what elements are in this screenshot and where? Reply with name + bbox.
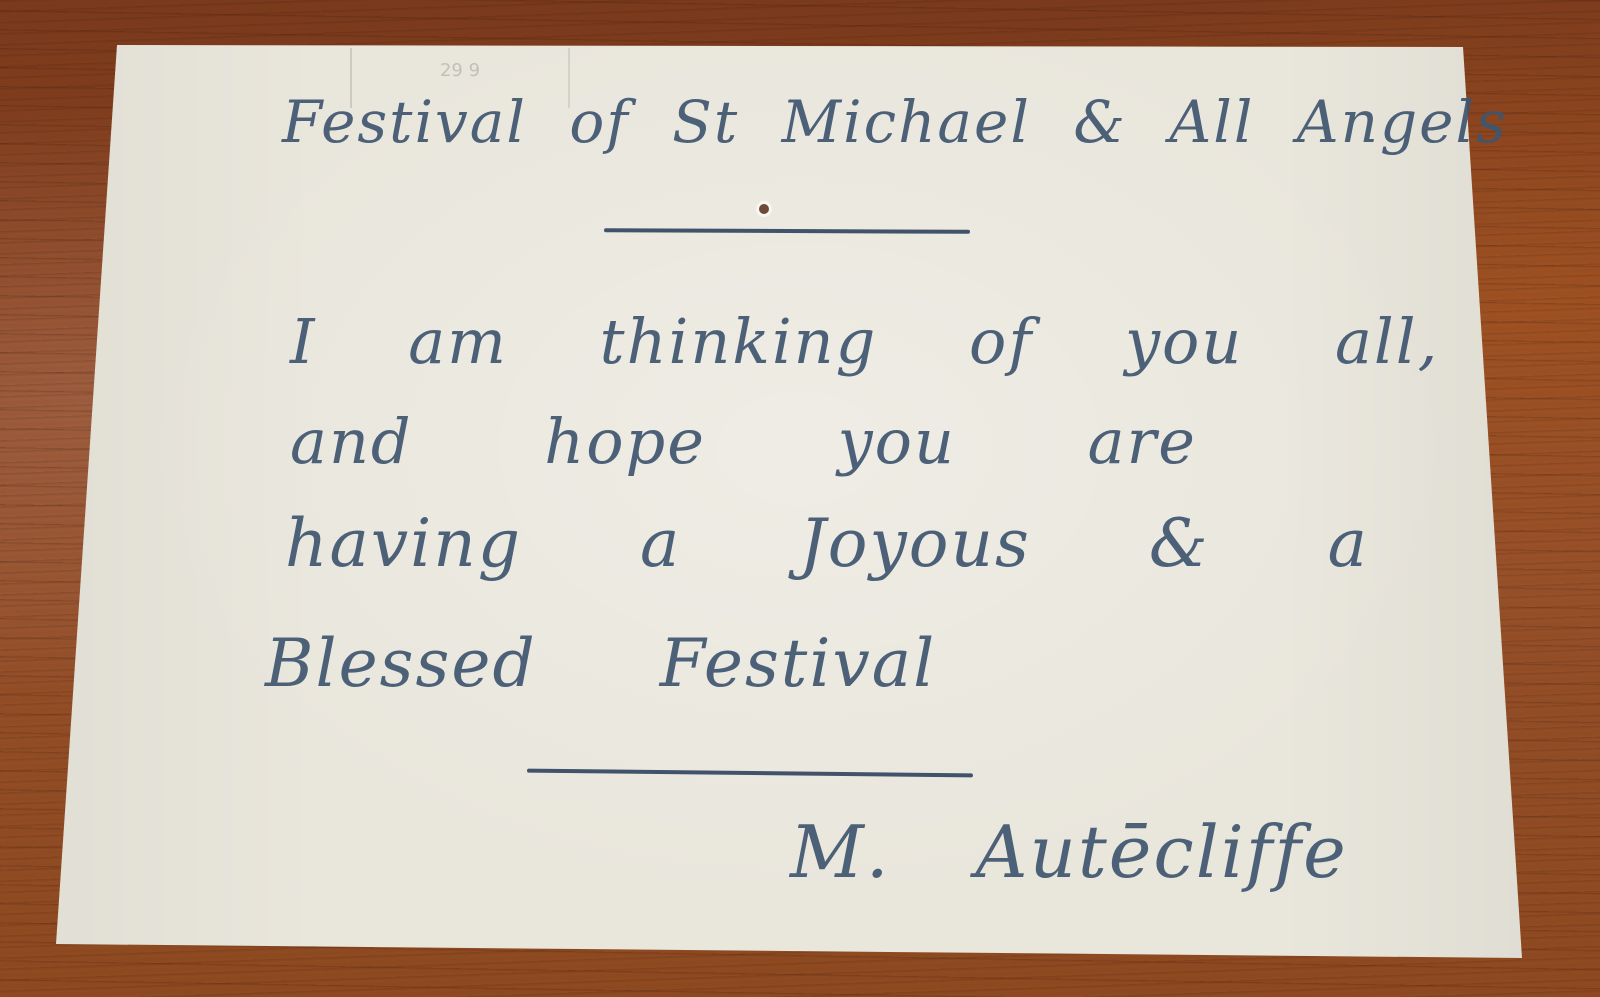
signature: M. Autēcliffe	[790, 810, 1348, 894]
body-line-4: Blessed Festival	[265, 625, 936, 702]
pin-hole	[759, 204, 769, 214]
body-line-1: I am thinking of you all,	[290, 305, 1439, 378]
body-line-3: having a Joyous & a	[285, 505, 1369, 582]
postcard-heading: Festival of St Michael & All Angels	[282, 88, 1508, 156]
body-line-2: and hope you are	[290, 405, 1197, 478]
